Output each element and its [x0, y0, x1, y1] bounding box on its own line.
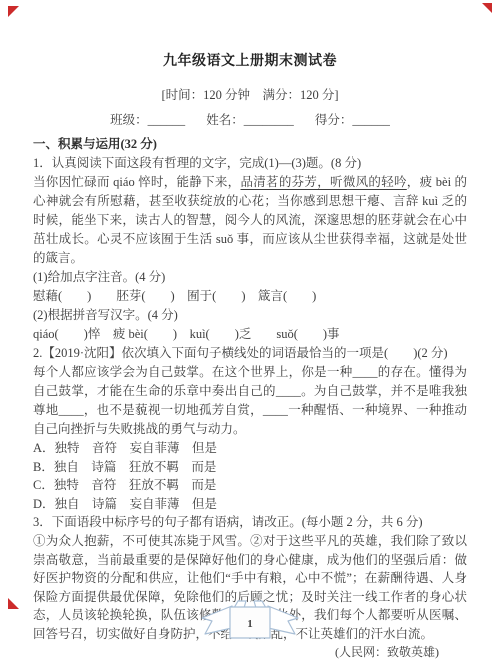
option-a: A．独特 音符 妄自菲薄 但是	[33, 439, 467, 458]
corner-mark-icon	[8, 598, 19, 609]
question1-sub2: (2)根据拼音写汉字。(4 分)	[33, 306, 467, 325]
section-heading: 一、积累与运用(32 分)	[33, 135, 467, 154]
paper-title: 九年级语文上册期末测试卷	[33, 0, 467, 70]
question3-stem: 3．下面语段中标序号的句子都有语病，请改正。(每小题 2 分，共 6 分)	[33, 513, 467, 532]
option-b: B．独自 诗篇 狂放不羁 而是	[33, 458, 467, 477]
page-number: 1	[247, 618, 253, 630]
question2-options: A．独特 音符 妄自菲薄 但是 B．独自 诗篇 狂放不羁 而是 C．独特 音符 …	[33, 439, 467, 513]
question2-passage: 每个人都应该学会为自己鼓掌。在这个世界上，你是一种____的存在。懂得为自己鼓掌…	[33, 363, 467, 439]
passage-text: 当你因忙碌而 qiáo 悴时，能静下来，	[33, 175, 240, 189]
option-d: D．独自 诗篇 妄自菲薄 但是	[33, 495, 467, 514]
question1-sub2-items: qiáo( )悴 疲 bèi( ) kuì( )乏 suǒ( )事	[33, 325, 467, 344]
question1-sub1: (1)给加点字注音。(4 分)	[33, 268, 467, 287]
paper-content: 九年级语文上册期末测试卷 [时间：120 分钟 满分：120 分] 班级：___…	[0, 0, 500, 661]
exam-paper-page: 九年级语文上册期末测试卷 [时间：120 分钟 满分：120 分] 班级：___…	[0, 0, 500, 666]
student-info-line: 班级：______ 姓名：________ 得分：______	[33, 111, 467, 130]
corner-mark-icon	[8, 6, 19, 17]
time-score-line: [时间：120 分钟 满分：120 分]	[33, 86, 467, 105]
class-blank: 班级：______	[110, 113, 185, 127]
page-ribbon: 1	[198, 596, 302, 647]
passage-underlined-text: 品清茗的芬芳，听微风的轻吟	[240, 175, 406, 189]
question1-passage: 当你因忙碌而 qiáo 悴时，能静下来，品清茗的芬芳，听微风的轻吟，疲 bèi …	[33, 173, 467, 268]
option-c: C．独特 音符 狂放不羁 而是	[33, 476, 467, 495]
question1-sub1-items: 慰藉( ) 胚芽( ) 囿于( ) 箴言( )	[33, 287, 467, 306]
name-blank: 姓名：________	[206, 113, 294, 127]
question2-stem: 2.【2019·沈阳】依次填入下面句子横线处的词语最恰当的一项是( )(2 分)	[33, 344, 467, 363]
score-blank: 得分：______	[315, 113, 390, 127]
question1-stem: 1．认真阅读下面这段有哲理的文字，完成(1)—(3)题。(8 分)	[33, 154, 467, 173]
ribbon-banner-icon: 1	[198, 596, 302, 642]
corner-mark-icon	[482, 3, 492, 13]
